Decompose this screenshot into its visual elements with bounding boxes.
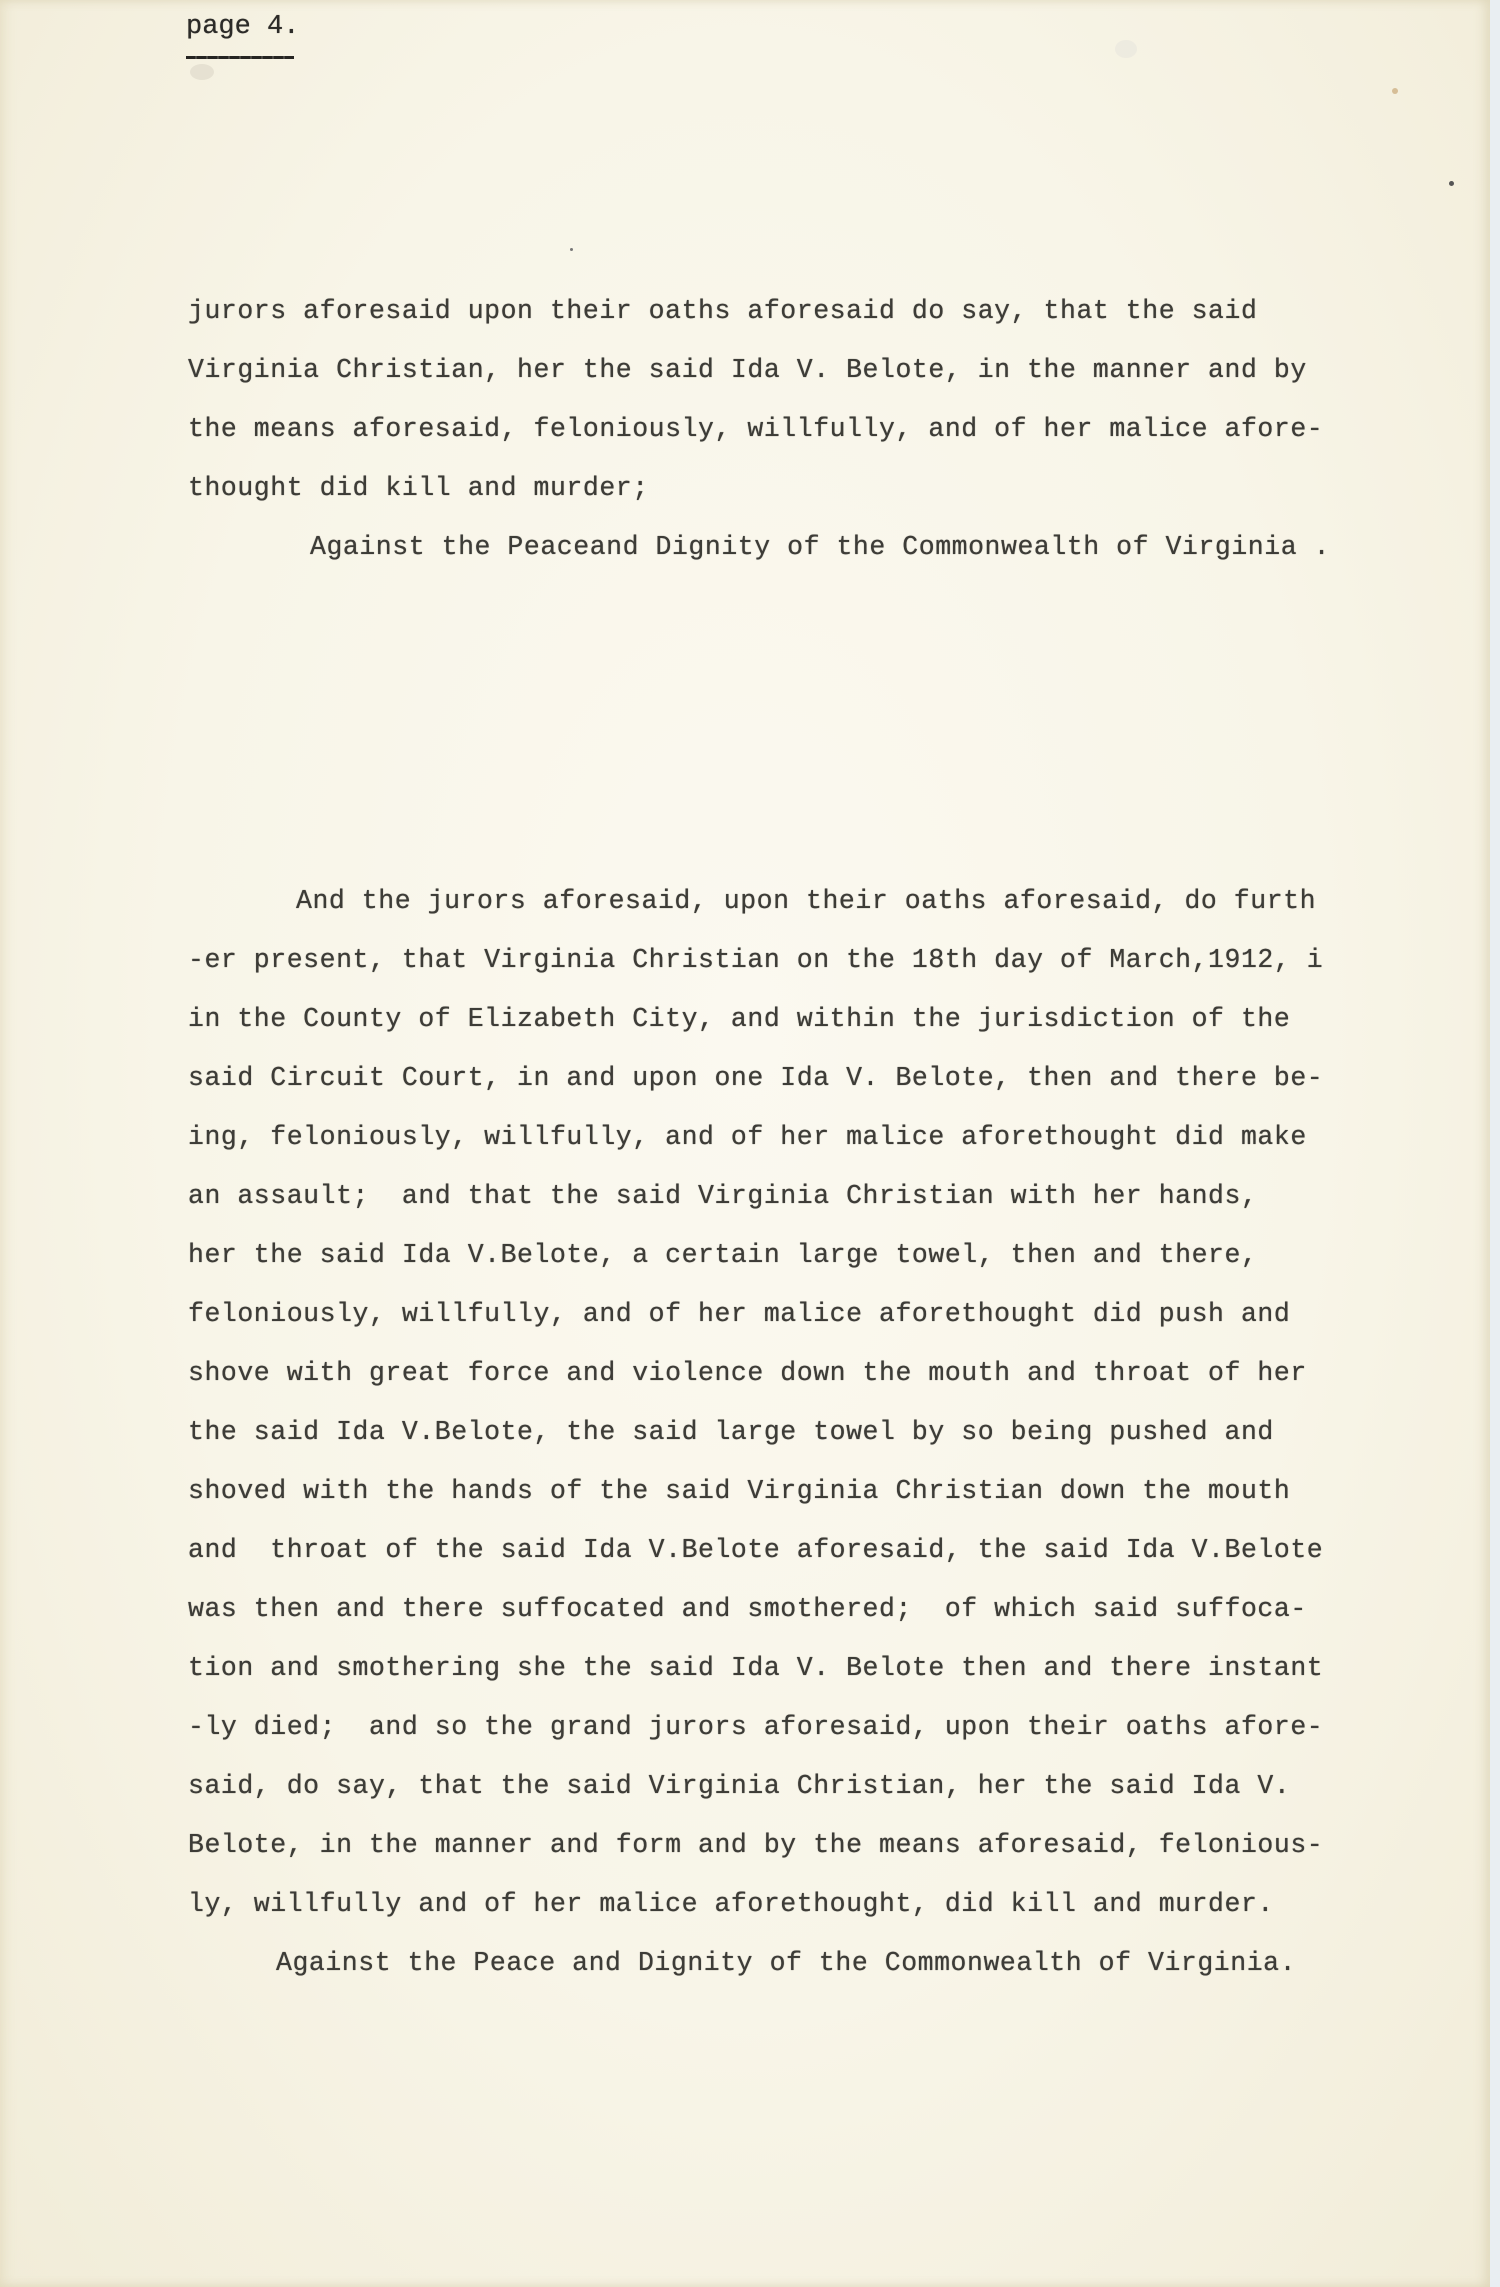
paper-crease: [1115, 40, 1137, 58]
closing-line: Against the Peaceand Dignity of the Comm…: [310, 532, 1330, 562]
text-line: ly, willfully and of her malice aforetho…: [188, 1889, 1274, 1919]
text-line: ing, feloniously, willfully, and of her …: [188, 1122, 1307, 1152]
text-line: shove with great force and violence down…: [188, 1358, 1307, 1388]
text-line: her the said Ida V.Belote, a certain lar…: [188, 1240, 1257, 1270]
text-line: was then and there suffocated and smothe…: [188, 1594, 1307, 1624]
document-page: page 4. jurors aforesaid upon their oath…: [0, 0, 1490, 2287]
text-line: Virginia Christian, her the said Ida V. …: [188, 355, 1307, 385]
text-line: feloniously, willfully, and of her malic…: [188, 1299, 1290, 1329]
paper-crease: [190, 64, 214, 80]
text-line: said Circuit Court, in and upon one Ida …: [188, 1063, 1323, 1093]
closing-line: Against the Peace and Dignity of the Com…: [276, 1948, 1296, 1978]
text-line: the means aforesaid, feloniously, willfu…: [188, 414, 1323, 444]
paper-spot: [570, 248, 573, 251]
text-line: tion and smothering she the said Ida V. …: [188, 1653, 1323, 1683]
text-line: jurors aforesaid upon their oaths afores…: [188, 296, 1257, 326]
page-number-label: page 4.: [186, 12, 299, 42]
text-line: -er present, that Virginia Christian on …: [188, 945, 1323, 975]
paper-spot: [1392, 88, 1398, 94]
paper-spot: [1449, 181, 1454, 186]
text-line: thought did kill and murder;: [188, 473, 649, 503]
text-line: said, do say, that the said Virginia Chr…: [188, 1771, 1290, 1801]
text-line: the said Ida V.Belote, the said large to…: [188, 1417, 1274, 1447]
page-number-underline: [186, 56, 294, 59]
text-line: an assault; and that the said Virginia C…: [188, 1181, 1257, 1211]
text-line: shoved with the hands of the said Virgin…: [188, 1476, 1290, 1506]
text-line: and throat of the said Ida V.Belote afor…: [188, 1535, 1323, 1565]
text-line: -ly died; and so the grand jurors afores…: [188, 1712, 1323, 1742]
text-line: in the County of Elizabeth City, and wit…: [188, 1004, 1290, 1034]
text-line: Belote, in the manner and form and by th…: [188, 1830, 1323, 1860]
text-line: And the jurors aforesaid, upon their oat…: [296, 886, 1316, 916]
